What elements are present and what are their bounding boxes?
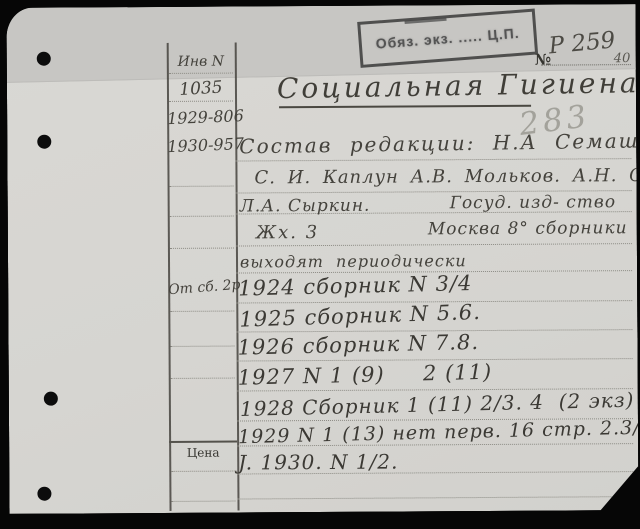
catalog-card-scan: Обяз. экз. ..... Ц.П. № Р 259 40 283 Инв… bbox=[6, 4, 638, 514]
ruled-line bbox=[171, 501, 235, 502]
price-label: Цена bbox=[169, 446, 237, 460]
holdings-entry: 1925 сборник N 5.6. bbox=[239, 300, 481, 332]
punch-hole bbox=[37, 52, 51, 66]
inventory-header: Инв N bbox=[167, 54, 235, 70]
ruled-line bbox=[237, 496, 633, 499]
shelf-code: Жх. 3 bbox=[256, 222, 319, 243]
publisher: Госуд. изд- ство bbox=[450, 192, 616, 213]
ruled-line bbox=[170, 216, 234, 217]
ruled-line bbox=[236, 243, 632, 246]
ruled-line bbox=[169, 101, 233, 102]
inventory-number: 1035 bbox=[166, 77, 235, 101]
punch-hole bbox=[37, 487, 51, 501]
holdings-entry: 1928 Сборник 1 (11) 2/3. 4 (2 экз) bbox=[240, 388, 635, 421]
inventory-number: 1930-957 bbox=[167, 134, 236, 156]
ruled-line bbox=[170, 311, 234, 312]
punch-hole bbox=[37, 135, 51, 149]
journal-title: Социальная Гигиена bbox=[277, 66, 639, 105]
punch-hole bbox=[44, 392, 58, 406]
ruled-line bbox=[170, 248, 234, 249]
ruled-line bbox=[170, 186, 234, 187]
editor-name: Л.А. Сыркин. bbox=[240, 196, 371, 217]
periodicity-note: выходят периодически bbox=[240, 251, 467, 271]
holdings-entry: 1927 N 1 (9) 2 (11) bbox=[237, 360, 492, 390]
stamp-text: Обяз. экз. ..... Ц.П. bbox=[375, 25, 520, 52]
holdings-entry: 1926 сборник N 7.8. bbox=[237, 330, 479, 360]
editors-line: С. И. Каплун А.В. Мольков. А.Н. Сысин bbox=[254, 165, 638, 189]
ruled-line bbox=[171, 471, 235, 472]
holdings-entry: 1924 сборник N 3/4 bbox=[238, 271, 473, 301]
editors-line: Состав редакции: Н.А Семашко bbox=[239, 128, 638, 158]
ruled-line bbox=[171, 346, 235, 347]
column-note: От сб. 2р bbox=[168, 277, 237, 298]
ruled-line bbox=[171, 378, 235, 379]
holdings-entry: J. 1930. N 1/2. bbox=[238, 450, 398, 475]
inventory-number: 1929-806 bbox=[167, 106, 236, 128]
ruled-line bbox=[235, 158, 631, 161]
city-and-format: Москва 8° сборники bbox=[428, 218, 628, 239]
title-underline bbox=[279, 105, 531, 109]
price-section-rule bbox=[169, 441, 237, 443]
